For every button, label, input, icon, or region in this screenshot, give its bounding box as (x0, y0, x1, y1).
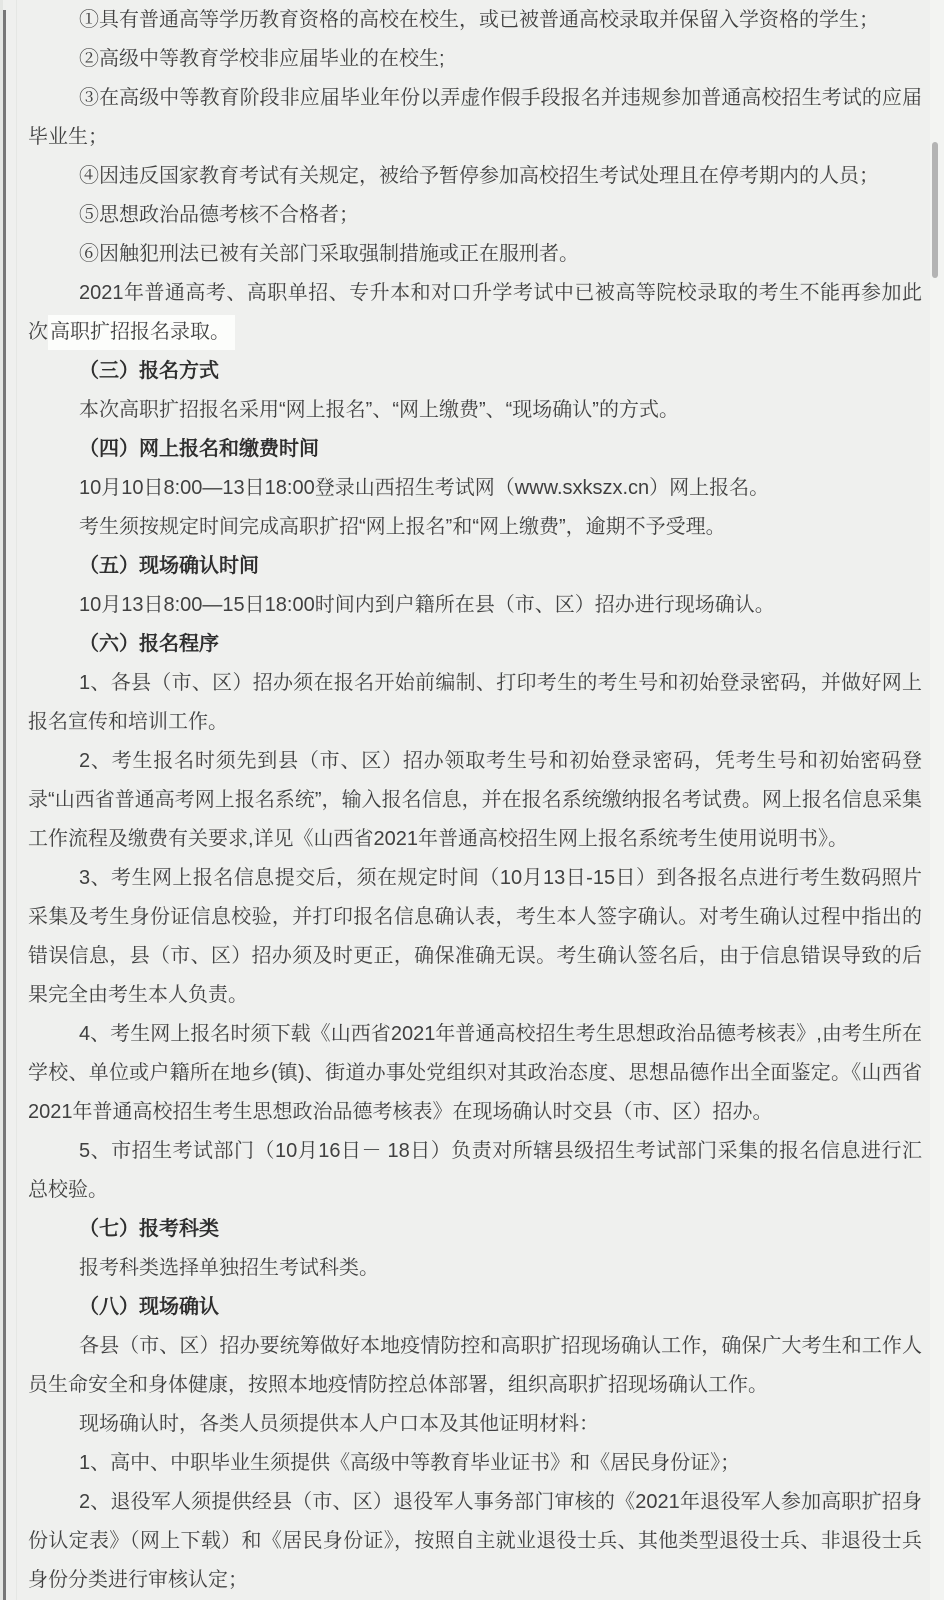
paragraph-text: 考生须按规定时间完成高职扩招“网上报名”和“网上缴费”，逾期不予受理。 (79, 516, 726, 538)
paragraph: 4、考生网上报名时须下载《山西省2021年普通高校招生考生思想政治品德考核表》,… (28, 1015, 922, 1132)
highlighted-text: 高职扩招报名录取。 (48, 315, 235, 350)
paragraph: 10月10日8:00—13日18:00登录山西招生考试网（www.sxkszx.… (28, 469, 922, 508)
section-heading: （六）报名程序 (28, 625, 922, 664)
paragraph: 2、考生报名时须先到县（市、区）招办领取考生号和初始登录密码，凭考生号和初始密码… (28, 742, 922, 859)
paragraph-text: 1、各县（市、区）招办须在报名开始前编制、打印考生的考生号和初始登录密码，并做好… (28, 672, 922, 733)
paragraph-text: ⑥因触犯刑法已被有关部门采取强制措施或正在服刑者。 (79, 243, 579, 265)
section-heading: （八）现场确认 (28, 1288, 922, 1327)
paragraph-text: 各县（市、区）招办要统筹做好本地疫情防控和高职扩招现场确认工作，确保广大考生和工… (28, 1335, 922, 1396)
section-heading: （五）现场确认时间 (28, 547, 922, 586)
document-content: ①具有普通高等学历教育资格的高校在校生，或已被普通高校录取并保留入学资格的学生；… (28, 1, 922, 1600)
paragraph-text: 本次高职扩招报名采用“网上报名”、“网上缴费”、“现场确认”的方式。 (79, 399, 679, 421)
paragraph-text: ③在高级中等教育阶段非应届毕业年份以弄虚作假手段报名并违规参加普通高校招生考试的… (28, 87, 922, 148)
paragraph: ①具有普通高等学历教育资格的高校在校生，或已被普通高校录取并保留入学资格的学生； (28, 1, 922, 40)
page-edge-line (3, 10, 6, 1600)
paragraph: ⑥因触犯刑法已被有关部门采取强制措施或正在服刑者。 (28, 235, 922, 274)
paragraph-text: ④因违反国家教育考试有关规定，被给予暂停参加高校招生考试处理且在停考期内的人员； (79, 165, 879, 187)
section-heading-text: （七）报考科类 (79, 1218, 219, 1240)
paragraph-text: 报考科类选择单独招生考试科类。 (79, 1257, 379, 1279)
paragraph: 3、考生网上报名信息提交后，须在规定时间（10月13日-15日）到各报名点进行考… (28, 859, 922, 1015)
paragraph-text: ①具有普通高等学历教育资格的高校在校生，或已被普通高校录取并保留入学资格的学生； (79, 9, 879, 31)
section-heading-text: （四）网上报名和缴费时间 (79, 438, 319, 460)
paragraph: 本次高职扩招报名采用“网上报名”、“网上缴费”、“现场确认”的方式。 (28, 391, 922, 430)
section-heading: （三）报名方式 (28, 352, 922, 391)
paragraph: 5、市招生考试部门（10月16日－ 18日）负责对所辖县级招生考试部门采集的报名… (28, 1132, 922, 1210)
paragraph-text: 10月10日8:00—13日18:00登录山西招生考试网（www.sxkszx.… (79, 477, 769, 499)
paragraph-text: 1、高中、中职毕业生须提供《高级中等教育毕业证书》和《居民身份证》； (79, 1452, 740, 1474)
paragraph-text: ②高级中等教育学校非应届毕业的在校生; (79, 48, 445, 70)
section-heading-text: （八）现场确认 (79, 1296, 219, 1318)
paragraph-text: 10月13日8:00—15日18:00时间内到户籍所在县（市、区）招办进行现场确… (79, 594, 775, 616)
paragraph: 1、各县（市、区）招办须在报名开始前编制、打印考生的考生号和初始登录密码，并做好… (28, 664, 922, 742)
paragraph: ⑤思想政治品德考核不合格者； (28, 196, 922, 235)
paragraph-text: 5、市招生考试部门（10月16日－ 18日）负责对所辖县级招生考试部门采集的报名… (28, 1140, 922, 1201)
section-heading-text: （三）报名方式 (79, 360, 219, 382)
paragraph: 各县（市、区）招办要统筹做好本地疫情防控和高职扩招现场确认工作，确保广大考生和工… (28, 1327, 922, 1405)
paragraph: 10月13日8:00—15日18:00时间内到户籍所在县（市、区）招办进行现场确… (28, 586, 922, 625)
content-left-border (16, 0, 17, 1600)
section-heading: （七）报考科类 (28, 1210, 922, 1249)
paragraph: 考生须按规定时间完成高职扩招“网上报名”和“网上缴费”，逾期不予受理。 (28, 508, 922, 547)
paragraph: 1、高中、中职毕业生须提供《高级中等教育毕业证书》和《居民身份证》； (28, 1444, 922, 1483)
paragraph-text: 4、考生网上报名时须下载《山西省2021年普通高校招生考生思想政治品德考核表》,… (28, 1023, 922, 1123)
section-heading-text: （五）现场确认时间 (79, 555, 259, 577)
scrollbar-track[interactable] (930, 0, 944, 1600)
section-heading-text: （六）报名程序 (79, 633, 219, 655)
paragraph: ③在高级中等教育阶段非应届毕业年份以弄虚作假手段报名并违规参加普通高校招生考试的… (28, 79, 922, 157)
paragraph: ④因违反国家教育考试有关规定，被给予暂停参加高校招生考试处理且在停考期内的人员； (28, 157, 922, 196)
paragraph-text: 2、考生报名时须先到县（市、区）招办领取考生号和初始登录密码，凭考生号和初始密码… (28, 750, 922, 850)
paragraph-text: 2、退役军人须提供经县（市、区）退役军人事务部门审核的《2021年退役军人参加高… (28, 1491, 922, 1591)
paragraph: ②高级中等教育学校非应届毕业的在校生; (28, 40, 922, 79)
paragraph-text: ⑤思想政治品德考核不合格者； (79, 204, 359, 226)
scrollbar-thumb[interactable] (932, 142, 938, 278)
document-page: ①具有普通高等学历教育资格的高校在校生，或已被普通高校录取并保留入学资格的学生；… (0, 0, 944, 1600)
section-heading: （四）网上报名和缴费时间 (28, 430, 922, 469)
paragraph: 现场确认时，各类人员须提供本人户口本及其他证明材料： (28, 1405, 922, 1444)
paragraph: 2021年普通高考、高职单招、专升本和对口升学考试中已被高等院校录取的考生不能再… (28, 274, 922, 352)
paragraph-text: 现场确认时，各类人员须提供本人户口本及其他证明材料： (79, 1413, 599, 1435)
paragraph: 报考科类选择单独招生考试科类。 (28, 1249, 922, 1288)
paragraph: 2、退役军人须提供经县（市、区）退役军人事务部门审核的《2021年退役军人参加高… (28, 1483, 922, 1600)
paragraph-text: 3、考生网上报名信息提交后，须在规定时间（10月13日-15日）到各报名点进行考… (28, 867, 922, 1006)
